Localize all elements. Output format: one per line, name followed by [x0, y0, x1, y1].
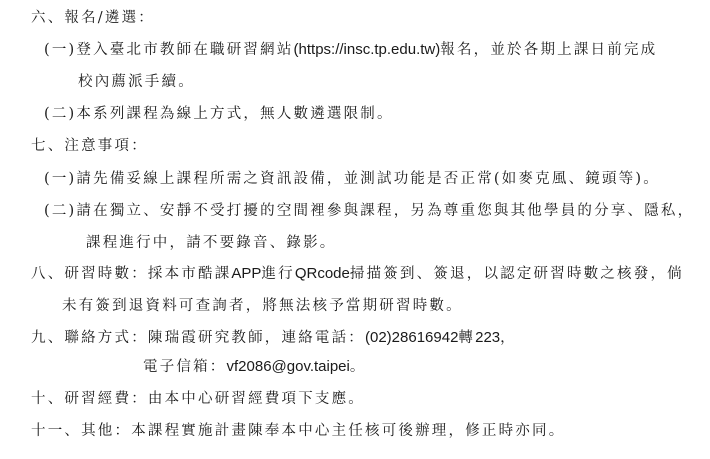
text-segment: 十、研習經費：由本中心研習經費項下支應。 [31, 391, 365, 407]
text-segment: 報名，並於各期上課日前完成 [440, 42, 657, 58]
text-segment: 八、研習時數：採本市酷課 [31, 266, 231, 282]
text-line-s6-heading: 六、報名/遴選： [31, 8, 155, 28]
text-segment: 電子信箱： [143, 359, 227, 375]
text-segment: 六、報名/遴選： [31, 10, 155, 26]
text-segment: 進行 [261, 266, 294, 282]
text-line-s11: 十一、其他：本課程實施計畫陳奉本中心主任核可後辦理，修正時亦同。 [31, 421, 565, 441]
text-line-s6-item2: (二)本系列課程為線上方式，無人數遴選限制。 [44, 104, 394, 124]
text-segment: 未有簽到退資料可查詢者，將無法核予當期研習時數。 [62, 298, 463, 314]
text-segment: ， [500, 330, 517, 346]
text-segment: 校內薦派手續。 [78, 74, 195, 90]
text-segment: 掃描簽到、簽退，以認定研習時數之核發，倘 [350, 266, 684, 282]
text-segment: (二)請在獨立、安靜不受打擾的空間裡參與課程，另為尊重您與其他學員的分享、隱私， [44, 203, 694, 219]
text-line-s10: 十、研習經費：由本中心研習經費項下支應。 [31, 389, 365, 409]
text-line-s6-item1-a: (一)登入臺北市教師在職研習網站(https://insc.tp.edu.tw)… [44, 40, 657, 60]
text-line-s7-item2-b: 課程進行中，請不要錄音、錄影。 [86, 233, 337, 253]
text-segment: 十一、其他：本課程實施計畫陳奉本中心主任核可後辦理，修正時亦同。 [31, 423, 565, 439]
text-segment: 轉 [458, 330, 475, 346]
text-segment: 九、聯絡方式：陳瑞霞研究教師，連絡電話： [31, 330, 365, 346]
text-line-s9-b: 電子信箱：vf2086@gov.taipei。 [143, 357, 367, 377]
text-line-s8-b: 未有簽到退資料可查詢者，將無法核予當期研習時數。 [62, 296, 463, 316]
text-line-s7-item1: (一)請先備妥線上課程所需之資訊設備，並測試功能是否正常(如麥克風、鏡頭等)。 [44, 169, 660, 189]
text-segment: (一)登入臺北市教師在職研習網站 [44, 42, 294, 58]
text-line-s7-item2-a: (二)請在獨立、安靜不受打擾的空間裡參與課程，另為尊重您與其他學員的分享、隱私， [44, 201, 694, 221]
text-segment: 七、注意事項： [31, 138, 148, 154]
text-segment: (二)本系列課程為線上方式，無人數遴選限制。 [44, 106, 394, 122]
text-line-s9-a: 九、聯絡方式：陳瑞霞研究教師，連絡電話：(02)28616942轉223， [31, 328, 517, 348]
latin-text-segment: 223 [475, 329, 500, 346]
latin-text-segment: (https://insc.tp.edu.tw) [294, 41, 441, 58]
latin-text-segment: (02)28616942 [365, 329, 458, 346]
latin-text-segment: QRcode [295, 265, 350, 282]
latin-text-segment: APP [231, 265, 261, 282]
latin-text-segment: vf2086@gov.taipei [227, 358, 350, 375]
text-line-s6-item1-b: 校內薦派手續。 [78, 72, 195, 92]
text-segment: 課程進行中，請不要錄音、錄影。 [86, 235, 337, 251]
text-segment: 。 [350, 359, 367, 375]
text-segment: (一)請先備妥線上課程所需之資訊設備，並測試功能是否正常(如麥克風、鏡頭等)。 [44, 171, 660, 187]
text-line-s8-a: 八、研習時數：採本市酷課APP進行QRcode掃描簽到、簽退，以認定研習時數之核… [31, 264, 684, 284]
text-line-s7-heading: 七、注意事項： [31, 136, 148, 156]
